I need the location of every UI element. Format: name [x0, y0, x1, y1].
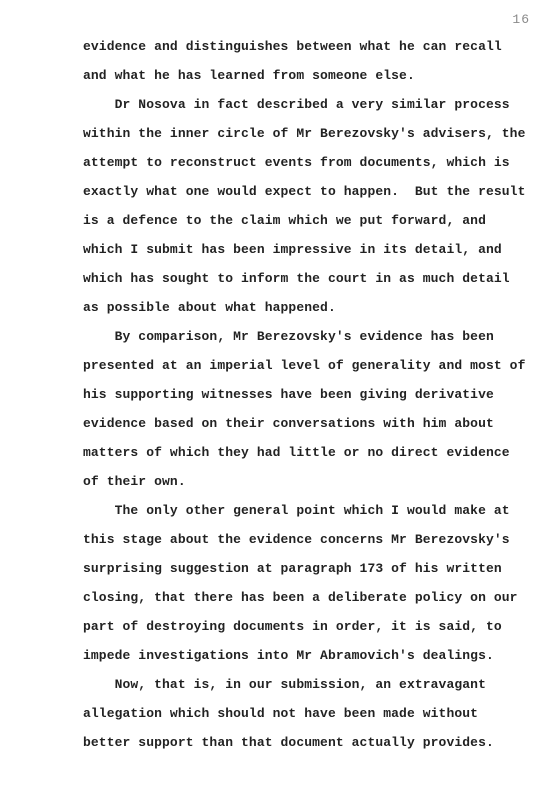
- text-line: of their own.: [83, 467, 538, 496]
- text-line: By comparison, Mr Berezovsky's evidence …: [83, 322, 538, 351]
- text-line: The only other general point which I wou…: [83, 496, 538, 525]
- text-line: evidence and distinguishes between what …: [83, 32, 538, 61]
- text-line: is a defence to the claim which we put f…: [83, 206, 538, 235]
- text-line: impede investigations into Mr Abramovich…: [83, 641, 538, 670]
- text-line: within the inner circle of Mr Berezovsky…: [83, 119, 538, 148]
- text-line: evidence based on their conversations wi…: [83, 409, 538, 438]
- text-line: which I submit has been impressive in it…: [83, 235, 538, 264]
- text-line: closing, that there has been a deliberat…: [83, 583, 538, 612]
- text-line: which has sought to inform the court in …: [83, 264, 538, 293]
- text-line: as possible about what happened.: [83, 293, 538, 322]
- text-line: this stage about the evidence concerns M…: [83, 525, 538, 554]
- text-line: Now, that is, in our submission, an extr…: [83, 670, 538, 699]
- text-line: his supporting witnesses have been givin…: [83, 380, 538, 409]
- text-line: Dr Nosova in fact described a very simil…: [83, 90, 538, 119]
- text-line: surprising suggestion at paragraph 173 o…: [83, 554, 538, 583]
- text-line: and what he has learned from someone els…: [83, 61, 538, 90]
- page-number: 16: [512, 12, 530, 27]
- text-line: presented at an imperial level of genera…: [83, 351, 538, 380]
- text-line: attempt to reconstruct events from docum…: [83, 148, 538, 177]
- text-line: allegation which should not have been ma…: [83, 699, 538, 728]
- transcript-body: evidence and distinguishes between what …: [83, 32, 538, 757]
- text-line: better support than that document actual…: [83, 728, 538, 757]
- text-line: part of destroying documents in order, i…: [83, 612, 538, 641]
- text-line: matters of which they had little or no d…: [83, 438, 538, 467]
- document-page: 16 evidence and distinguishes between wh…: [0, 0, 558, 789]
- text-line: exactly what one would expect to happen.…: [83, 177, 538, 206]
